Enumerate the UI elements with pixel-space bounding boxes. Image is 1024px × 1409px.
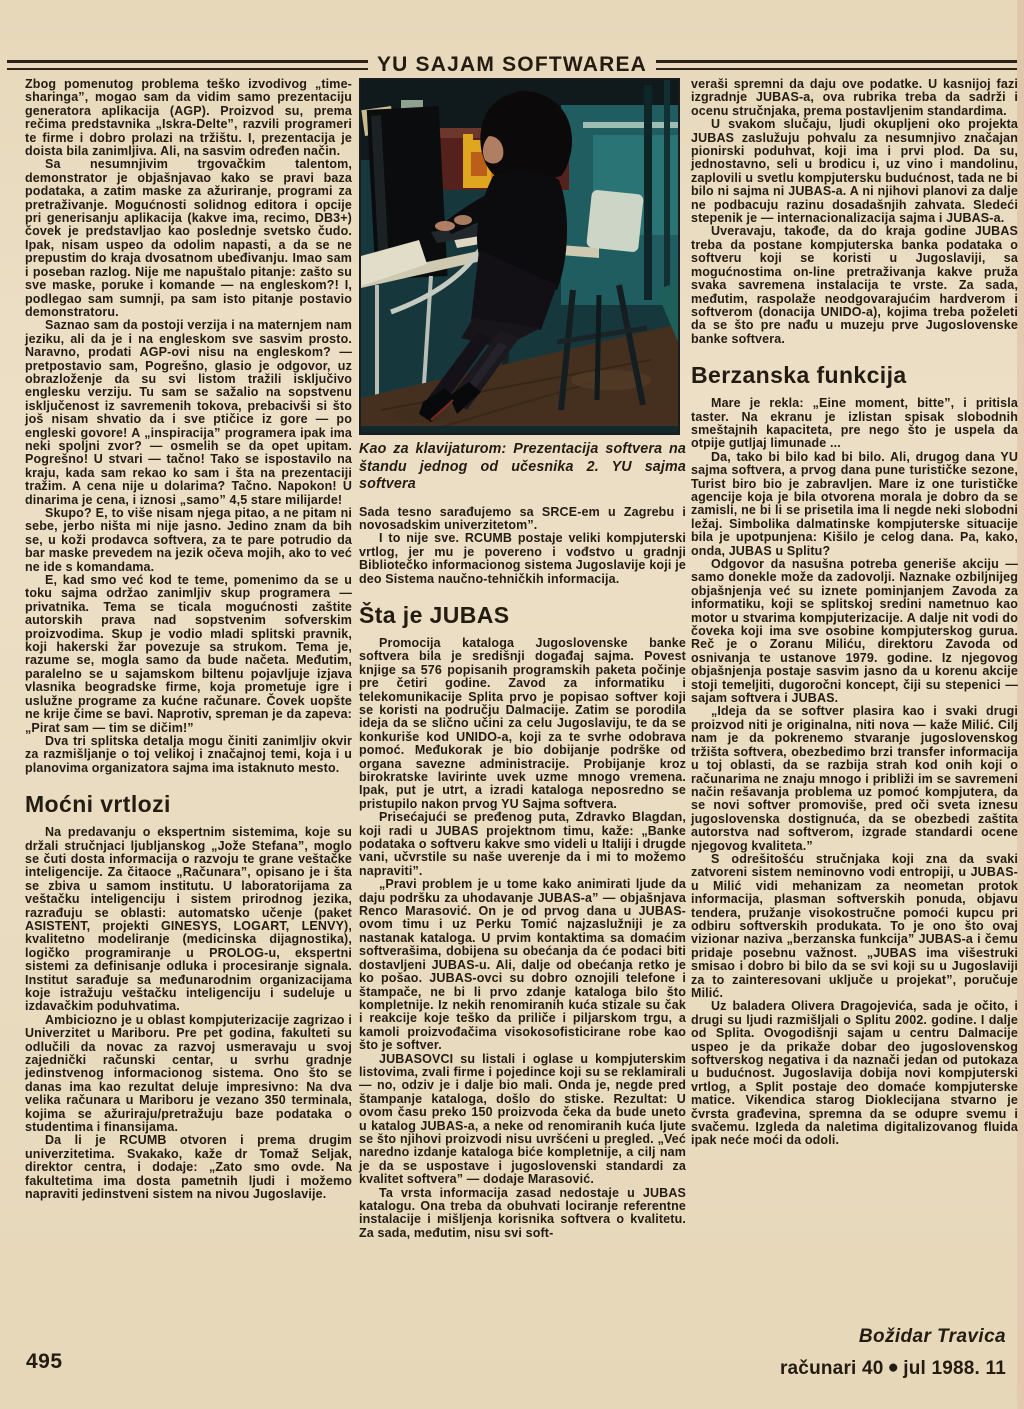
paragraph: S odrešitošću stručnjaka koji zna da sva… — [691, 853, 1018, 1000]
paragraph: Saznao sam da postoji verzija i na mater… — [25, 319, 352, 507]
section-heading-berzanska-funkcija: Berzanska funkcija — [691, 362, 1018, 388]
paragraph: I to nije sve. RCUMB postaje veliki komp… — [359, 532, 686, 586]
section-header: YU SAJAM SOFTWAREA — [7, 53, 1017, 77]
paragraph: „Pravi problem je u tome kako animirati … — [359, 878, 686, 1052]
photo-caption: Kao za klavijaturom: Prezentacija softve… — [359, 441, 686, 494]
paragraph: U svakom slučaju, ljudi okupljeni oko pr… — [691, 118, 1018, 225]
article-photo — [359, 78, 680, 435]
column-left: Zbog pomenutog problema teško izvodivog … — [25, 78, 352, 1202]
journal-issue: jul 1988. — [903, 1358, 980, 1379]
paragraph: Zbog pomenutog problema teško izvodivog … — [25, 78, 352, 158]
header-rule-left — [7, 60, 368, 70]
paragraph: Na predavanju o ekspertnim sistemima, ko… — [25, 826, 352, 1014]
paragraph: E, kad smo već kod te teme, pomenimo da … — [25, 574, 352, 735]
paragraph: „Ideja da se softver plasira kao i svaki… — [691, 705, 1018, 852]
journal-page: 11 — [986, 1358, 1007, 1379]
paragraph: Da li je RCUMB otvoren i prema drugim un… — [25, 1134, 352, 1201]
paragraph: Da, tako bi bilo kad bi bilo. Ali, drugo… — [691, 451, 1018, 558]
section-heading-sta-je-jubas: Šta je JUBAS — [359, 602, 686, 628]
scan-edge-artifact — [1017, 0, 1024, 1409]
paragraph: Skupo? E, to više nisam njega pitao, a n… — [25, 507, 352, 574]
paragraph: Ambiciozno je u oblast kompjuterizacije … — [25, 1014, 352, 1135]
author-byline: Božidar Travica — [859, 1326, 1006, 1348]
paragraph: Uveravaju, takođe, da do kraja godine JU… — [691, 225, 1018, 346]
paragraph: Uz baladera Olivera Dragojevića, sada je… — [691, 1000, 1018, 1147]
paragraph: Odgovor da nasušna potreba generiše akci… — [691, 558, 1018, 705]
photo-illustration — [361, 80, 678, 433]
page-title: YU SAJAM SOFTWAREA — [377, 53, 647, 77]
column-middle: Kao za klavijaturom: Prezentacija softve… — [359, 78, 686, 1240]
journal-name: računari 40 — [780, 1358, 884, 1379]
paragraph: Sada tesno sarađujemo sa SRCE-em u Zagre… — [359, 506, 686, 533]
paragraph: Ta vrsta informacija zasad nedostaje u J… — [359, 1187, 686, 1241]
section-heading-mocni-vrtlozi: Moćni vrtlozi — [25, 791, 352, 817]
magazine-page: YU SAJAM SOFTWAREA Zbog pomenutog proble… — [0, 0, 1024, 1409]
paragraph: Prisećajući se pređenog puta, Zdravko Bl… — [359, 811, 686, 878]
column-right: veraši spremni da daju ove podatke. U ka… — [691, 78, 1018, 1148]
paragraph: Promocija kataloga Jugoslovenske banke s… — [359, 637, 686, 811]
paragraph: Dva tri splitska detalja mogu činiti zan… — [25, 735, 352, 775]
header-rule-right — [656, 60, 1017, 70]
paragraph: Mare je rekla: „Eine moment, bitte”, i p… — [691, 397, 1018, 451]
paragraph: Sa nesumnjivim trgovačkim talentom, demo… — [25, 158, 352, 319]
paragraph: JUBASOVCI su listali i oglase u kompjute… — [359, 1053, 686, 1187]
page-number: 495 — [26, 1350, 63, 1374]
journal-footer: računari 40●jul 1988. 11 — [780, 1358, 1006, 1380]
bullet-icon: ● — [884, 1357, 904, 1379]
paragraph: veraši spremni da daju ove podatke. U ka… — [691, 78, 1018, 118]
